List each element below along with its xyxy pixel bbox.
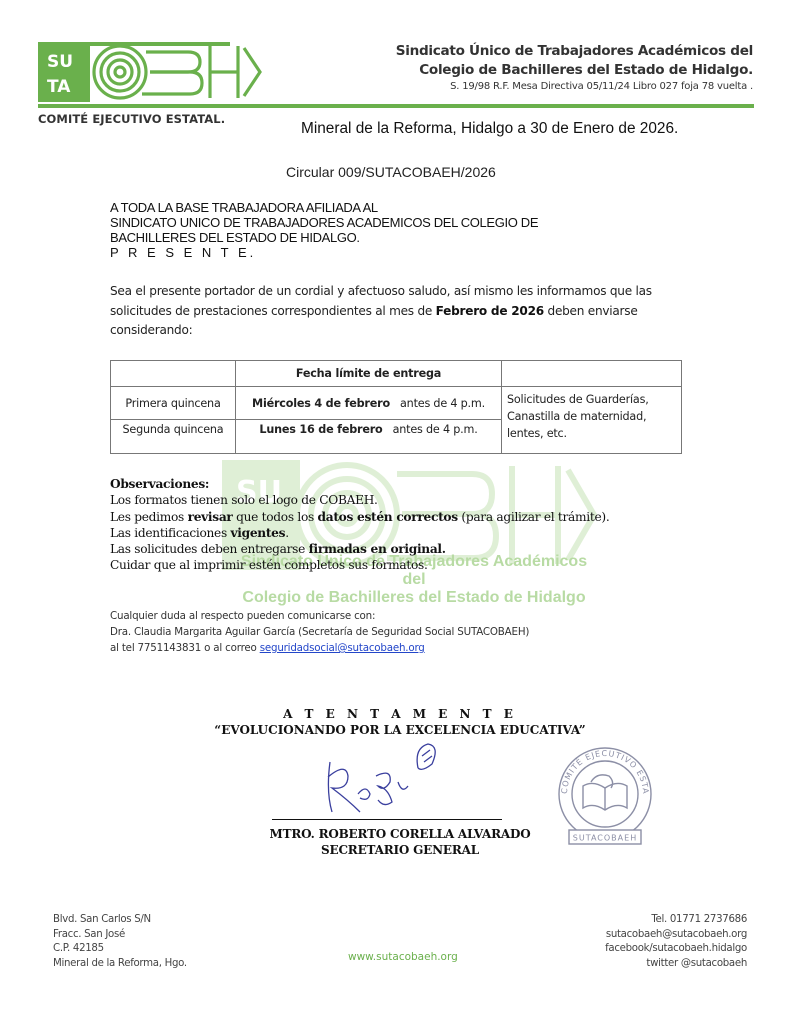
circular-number: Circular 009/SUTACOBAEH/2026 [286, 164, 496, 180]
email-link[interactable]: seguridadsocial@sutacobaeh.org [260, 642, 425, 654]
address-line: Mineral de la Reforma, Hgo. [53, 957, 187, 972]
deadline-cell: Miércoles 4 de febrero antes de 4 p.m. [236, 387, 502, 420]
note-cell: Solicitudes de Guarderías, Canastilla de… [502, 387, 682, 454]
watermark-line: Colegio de Bachilleres del Estado de Hid… [234, 589, 594, 607]
footer-twitter[interactable]: twitter @sutacobaeh [605, 957, 747, 972]
signer-block: MTRO. ROBERTO CORELLA ALVARADO SECRETARI… [200, 826, 600, 858]
intro-month: Febrero de 2026 [436, 304, 544, 318]
signer-name: MTRO. ROBERTO CORELLA ALVARADO [200, 826, 600, 842]
header-divider [38, 104, 754, 108]
table-row: Primera quincena Miércoles 4 de febrero … [111, 387, 682, 420]
official-stamp: COMITÉ EJECUTIVO ESTATAL SUTACOBAEH [553, 742, 657, 852]
place-date: Mineral de la Reforma, Hidalgo a 30 de E… [301, 120, 678, 138]
contact-info: Cualquier duda al respecto pueden comuni… [110, 608, 529, 656]
footer-facebook[interactable]: facebook/sutacobaeh.hidalgo [605, 942, 747, 957]
deadline-date: Lunes 16 de febrero [259, 423, 382, 436]
deadline-date: Miércoles 4 de febrero [252, 397, 390, 410]
addressee-block: A TODA LA BASE TRABAJADORA AFILIADA AL S… [110, 200, 538, 260]
addressee-line: SINDICATO UNICO DE TRABAJADORES ACADEMIC… [110, 215, 538, 230]
contact-phone: al tel 7751143831 o al correo [110, 642, 260, 654]
contact-line: al tel 7751143831 o al correo seguridads… [110, 640, 529, 656]
committee-label: COMITÉ EJECUTIVO ESTATAL. [38, 112, 225, 126]
address-line: C.P. 42185 [53, 942, 187, 957]
motto: “EVOLUCIONANDO POR LA EXCELENCIA EDUCATI… [200, 722, 600, 738]
table-header-row: Fecha límite de entrega [111, 361, 682, 387]
logo-ta: TA [47, 77, 71, 97]
signer-title: SECRETARIO GENERAL [200, 842, 600, 858]
signature-line [272, 819, 502, 820]
footer-email[interactable]: sutacobaeh@sutacobaeh.org [605, 928, 747, 943]
addressee-line: A TODA LA BASE TRABAJADORA AFILIADA AL [110, 200, 538, 215]
observation-item: Cuidar que al imprimir estén completos s… [110, 557, 609, 573]
org-name-line2: Colegio de Bachilleres del Estado de Hid… [396, 61, 753, 80]
intro-paragraph: Sea el presente portador de un cordial y… [110, 282, 685, 341]
footer-contact: Tel. 01771 2737686 sutacobaeh@sutacobaeh… [605, 913, 747, 971]
atentamente: A T E N T A M E N T E [200, 706, 600, 722]
table-header-cell [111, 361, 236, 387]
period-cell: Segunda quincena [111, 420, 236, 454]
observation-item: Los formatos tienen solo el logo de COBA… [110, 492, 609, 508]
signature [318, 742, 448, 822]
observation-item: Les pedimos revisar que todos los datos … [110, 509, 609, 525]
deadlines-table: Fecha límite de entrega Primera quincena… [110, 360, 682, 454]
table-header-cell: Fecha límite de entrega [236, 361, 502, 387]
footer-address: Blvd. San Carlos S/N Fracc. San José C.P… [53, 913, 187, 971]
deadline-cell: Lunes 16 de febrero antes de 4 p.m. [236, 420, 502, 454]
table-header-cell [502, 361, 682, 387]
deadline-time: antes de 4 p.m. [393, 423, 478, 436]
stamp-bottom-text: SUTACOBAEH [573, 834, 637, 843]
contact-line: Cualquier duda al respecto pueden comuni… [110, 608, 529, 624]
organization-header: Sindicato Único de Trabajadores Académic… [396, 42, 753, 94]
footer-website[interactable]: www.sutacobaeh.org [348, 951, 458, 963]
observation-item: Las solicitudes deben entregarse firmada… [110, 541, 609, 557]
deadline-time: antes de 4 p.m. [400, 397, 485, 410]
address-line: Fracc. San José [53, 928, 187, 943]
contact-line: Dra. Claudia Margarita Aguilar García (S… [110, 624, 529, 640]
closing-block: A T E N T A M E N T E “EVOLUCIONANDO POR… [200, 706, 600, 738]
footer-phone: Tel. 01771 2737686 [605, 913, 747, 928]
registry-info: S. 19/98 R.F. Mesa Directiva 05/11/24 Li… [396, 80, 753, 94]
presente: P R E S E N T E. [110, 245, 538, 260]
org-name-line1: Sindicato Único de Trabajadores Académic… [396, 42, 753, 61]
observation-item: Las identificaciones vigentes. [110, 525, 609, 541]
period-cell: Primera quincena [111, 387, 236, 420]
observations: Observaciones: Los formatos tienen solo … [110, 476, 609, 574]
address-line: Blvd. San Carlos S/N [53, 913, 187, 928]
logo-su: SU [47, 52, 73, 72]
addressee-line: BACHILLERES DEL ESTADO DE HIDALGO. [110, 230, 538, 245]
observations-title: Observaciones: [110, 477, 209, 491]
sutacobh-logo: SU TA [38, 42, 268, 102]
